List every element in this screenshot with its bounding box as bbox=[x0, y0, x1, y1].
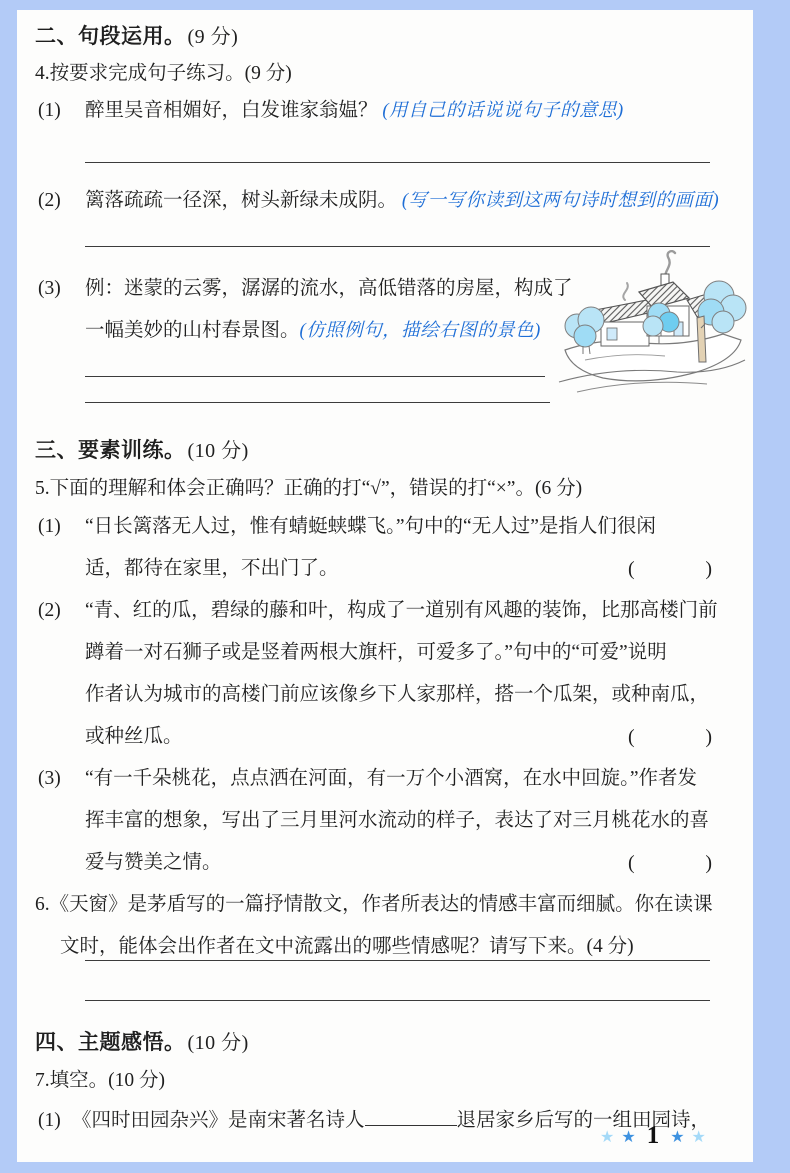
answer-line bbox=[85, 162, 710, 163]
answer-line bbox=[85, 960, 710, 961]
item-number: (3) bbox=[38, 758, 85, 800]
star-icon: ★ bbox=[692, 1127, 706, 1146]
item-number: (1) bbox=[38, 1110, 72, 1132]
question-5-item-2: (2)“青、红的瓜，碧绿的藤和叶，构成了一道别有风趣的装饰，比那高楼门前 蹲着一… bbox=[38, 590, 718, 758]
item-text-line: 挥丰富的想象，写出了三月里河水流动的样子，表达了对三月桃花水的喜 bbox=[38, 800, 709, 842]
section-3-header: 三、要素训练。(10 分) bbox=[35, 434, 249, 464]
test-paper-page: 二、句段运用。(9 分) 4.按要求完成句子练习。(9 分) (1)醉里吴音相媚… bbox=[17, 10, 753, 1162]
item-number: (1) bbox=[38, 100, 85, 122]
item-hint: (写一写你读到这两句诗时想到的画面) bbox=[402, 191, 719, 211]
paren-open: ( bbox=[628, 716, 635, 758]
question-7-stem: 7.填空。(10 分) bbox=[35, 1064, 165, 1092]
item-text: 醉里吴音相媚好，白发谁家翁媪？ bbox=[85, 100, 378, 121]
item-text-line: 6.《天窗》是茅盾写的一篇抒情散文，作者所表达的情感丰富而细腻。你在读课 bbox=[35, 884, 713, 926]
answer-line bbox=[85, 402, 550, 403]
item-text: 篱落疏疏一径深，树头新绿未成阴。 bbox=[85, 190, 397, 211]
section-3-score: (10 分) bbox=[188, 440, 249, 462]
item-number: (2) bbox=[38, 590, 85, 632]
item-text-line: “青、红的瓜，碧绿的藤和叶，构成了一道别有风趣的装饰，比那高楼门前 bbox=[85, 600, 718, 621]
page-footer: ★ ★ 1 ★ ★ bbox=[600, 1122, 706, 1150]
question-4-item-1: (1)醉里吴音相媚好，白发谁家翁媪？ (用自己的话说说句子的意思) bbox=[38, 94, 624, 122]
item-text-line: “有一千朵桃花，点点洒在河面，有一万个小酒窝，在水中回旋。”作者发 bbox=[85, 768, 697, 789]
item-text-line: “日长篱落无人过，惟有蜻蜓蛱蝶飞。”句中的“无人过”是指人们很闲 bbox=[85, 516, 656, 537]
answer-line bbox=[85, 376, 545, 377]
item-number: (3) bbox=[38, 268, 85, 310]
section-2-header: 二、句段运用。(9 分) bbox=[35, 20, 238, 50]
paren-open: ( bbox=[628, 842, 635, 884]
question-4-stem: 4.按要求完成句子练习。(9 分) bbox=[35, 57, 292, 85]
answer-parens: () bbox=[628, 548, 712, 590]
item-text-line: 文时，能体会出作者在文中流露出的哪些情感呢？请写下来。(4 分) bbox=[35, 926, 713, 968]
star-icon: ★ bbox=[621, 1127, 635, 1146]
answer-parens: () bbox=[628, 716, 712, 758]
star-icon: ★ bbox=[600, 1127, 614, 1146]
page-number: 1 bbox=[643, 1122, 664, 1150]
item-number: (1) bbox=[38, 506, 85, 548]
answer-parens: () bbox=[628, 842, 712, 884]
item-text-line: 蹲着一对石狮子或是竖着两根大旗杆，可爱多了。”句中的“可爱”说明 bbox=[38, 632, 718, 674]
section-4-score: (10 分) bbox=[188, 1032, 249, 1054]
paren-close: ) bbox=[705, 842, 712, 884]
item-hint: (用自己的话说说句子的意思) bbox=[382, 101, 623, 121]
item-hint: (仿照例句，描绘右图的景色) bbox=[300, 321, 541, 341]
village-spring-illustration bbox=[555, 248, 751, 398]
item-number: (2) bbox=[38, 190, 85, 212]
question-5-item-3: (3)“有一千朵桃花，点点洒在河面，有一万个小酒窝，在水中回旋。”作者发 挥丰富… bbox=[38, 758, 709, 884]
section-3-title: 三、要素训练。 bbox=[35, 439, 186, 462]
paren-close: ) bbox=[705, 716, 712, 758]
item-text-line: 作者认为城市的高楼门前应该像乡下人家那样，搭一个瓜架，或种南瓜， bbox=[38, 674, 718, 716]
item-text-line: 或种丝瓜。 bbox=[38, 716, 718, 758]
question-4-item-3: (3)例：迷蒙的云雾，潺潺的流水，高低错落的房屋，构成了 一幅美妙的山村春景图。… bbox=[38, 268, 573, 352]
question-4-item-2: (2)篱落疏疏一径深，树头新绿未成阴。 (写一写你读到这两句诗时想到的画面) bbox=[38, 184, 719, 212]
item-text-line: 适，都待在家里，不出门了。 bbox=[38, 548, 656, 590]
section-2-score: (9 分) bbox=[188, 26, 239, 48]
paren-close: ) bbox=[705, 548, 712, 590]
question-5-item-1: (1)“日长篱落无人过，惟有蜻蜓蛱蝶飞。”句中的“无人过”是指人们很闲 适，都待… bbox=[38, 506, 656, 590]
paren-open: ( bbox=[628, 548, 635, 590]
question-6: 6.《天窗》是茅盾写的一篇抒情散文，作者所表达的情感丰富而细腻。你在读课 文时，… bbox=[35, 884, 713, 968]
item-text-line-1: 例：迷蒙的云雾，潺潺的流水，高低错落的房屋，构成了 bbox=[85, 278, 573, 299]
question-5-stem: 5.下面的理解和体会正确吗？正确的打“√”，错误的打“×”。(6 分) bbox=[35, 472, 582, 500]
answer-line bbox=[85, 246, 710, 247]
answer-line bbox=[85, 1000, 710, 1001]
item-text-prefix: 《四时田园杂兴》是南宋著名诗人 bbox=[72, 1110, 365, 1131]
star-icon: ★ bbox=[670, 1127, 684, 1146]
item-text-line-2: 一幅美妙的山村春景图。 bbox=[85, 320, 300, 341]
section-4-title: 四、主题感悟。 bbox=[35, 1031, 186, 1054]
section-4-header: 四、主题感悟。(10 分) bbox=[35, 1026, 249, 1056]
item-text-line: 爱与赞美之情。 bbox=[38, 842, 709, 884]
section-2-title: 二、句段运用。 bbox=[35, 25, 186, 48]
fill-in-blank bbox=[365, 1104, 457, 1126]
